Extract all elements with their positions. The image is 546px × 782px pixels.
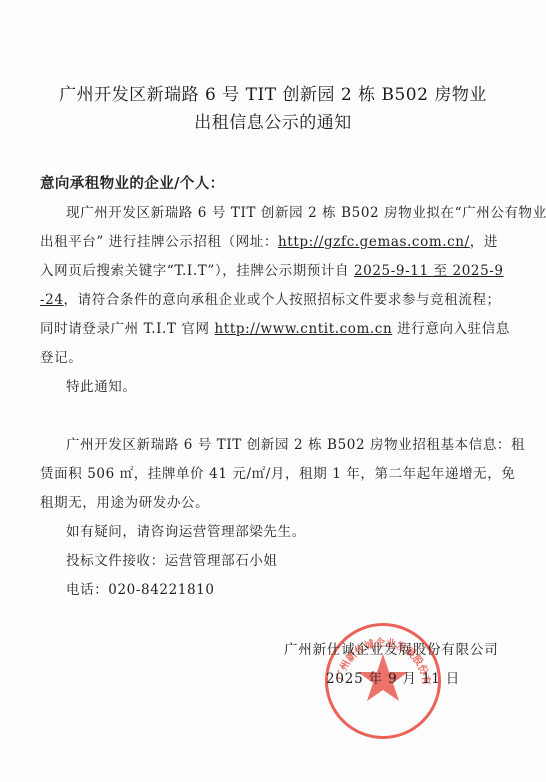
notice-end: 特此通知。	[66, 375, 137, 395]
para1-text: 入网页后搜索关键字“T.I.T”），挂牌公示期预计自	[40, 263, 354, 279]
para1-text: 同时请登录广州 T.I.T 官网	[40, 321, 215, 337]
para1-line1: 现广州开发区新瑞路 6 号 TIT 创新园 2 栋 B502 房物业拟在“广州公…	[66, 201, 546, 221]
para1-line4: -24，请符合条件的意向承租企业或个人按照招标文件要求参与竞租流程；	[40, 288, 501, 308]
info-line1: 广州开发区新瑞路 6 号 TIT 创新园 2 栋 B502 房物业招租基本信息：…	[66, 433, 525, 453]
para1-line2: 出租平台” 进行挂牌公示招租（网址：http://gzfc.gemas.com.…	[40, 230, 498, 250]
salutation: 意向承租物业的企业/个人：	[40, 172, 225, 193]
info-line3: 租期无，用途为研发办公。	[40, 491, 209, 511]
signature-company: 广州新仕诚企业发展股份有限公司	[284, 638, 499, 658]
para1-text: 出租平台” 进行挂牌公示招租（网址：	[40, 234, 278, 250]
bid-receiver: 投标文件接收：运营管理部石小姐	[66, 549, 278, 569]
para1-text: ，进	[470, 234, 498, 250]
para1-line3: 入网页后搜索关键字“T.I.T”），挂牌公示期预计自 2025-9-11 至 2…	[40, 259, 504, 279]
phone-number: 电话：020-84221810	[66, 578, 215, 598]
para1-line5: 同时请登录广州 T.I.T 官网 http://www.cntit.com.cn…	[40, 317, 510, 337]
title-line-2: 出租信息公示的通知	[0, 108, 546, 133]
listing-period-start: 2025-9-11 至 2025-9	[354, 263, 504, 279]
contact-question: 如有疑问，请咨询运营管理部梁先生。	[66, 520, 306, 540]
listing-period-end: -24	[40, 292, 64, 308]
para1-line6: 登记。	[40, 346, 82, 366]
signature-date: 2025 年 9 月 11 日	[326, 667, 460, 687]
para1-text: ，请符合条件的意向承租企业或个人按照招标文件要求参与竞租流程；	[64, 292, 501, 308]
cntit-link[interactable]: http://www.cntit.com.cn	[215, 321, 393, 337]
info-line2: 赁面积 506 ㎡，挂牌单价 41 元/㎡/月，租期 1 年，第二年起年递增无，…	[40, 462, 515, 482]
title-line-1: 广州开发区新瑞路 6 号 TIT 创新园 2 栋 B502 房物业	[0, 80, 546, 105]
para1-text: 进行意向入驻信息	[392, 321, 510, 337]
gzfc-link[interactable]: http://gzfc.gemas.com.cn/	[278, 234, 470, 250]
